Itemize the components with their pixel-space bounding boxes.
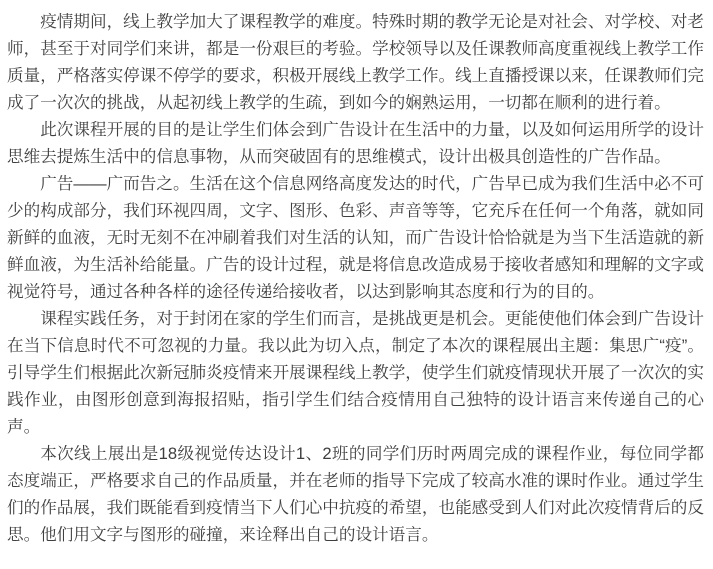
paragraph-course-purpose: 此次课程开展的目的是让学生们体会到广告设计在生活中的力量，以及如何运用所学的设计… [7,116,704,170]
document-page: 疫情期间，线上教学加大了课程教学的难度。特殊时期的教学无论是对社会、对学校、对老… [0,0,713,569]
paragraph-intro-online-teaching: 疫情期间，线上教学加大了课程教学的难度。特殊时期的教学无论是对社会、对学校、对老… [7,8,704,116]
paragraph-exhibition-summary: 本次线上展出是18级视觉传达设计1、2班的同学们历时两周完成的课程作业，每位同学… [7,440,704,548]
paragraph-practice-task-theme: 课程实践任务，对于封闭在家的学生们而言，是挑战更是机会。更能使他们体会到广告设计… [7,305,704,440]
paragraph-advertising-definition: 广告——广而告之。生活在这个信息网络高度发达的时代，广告早已成为我们生活中必不可… [7,170,704,305]
